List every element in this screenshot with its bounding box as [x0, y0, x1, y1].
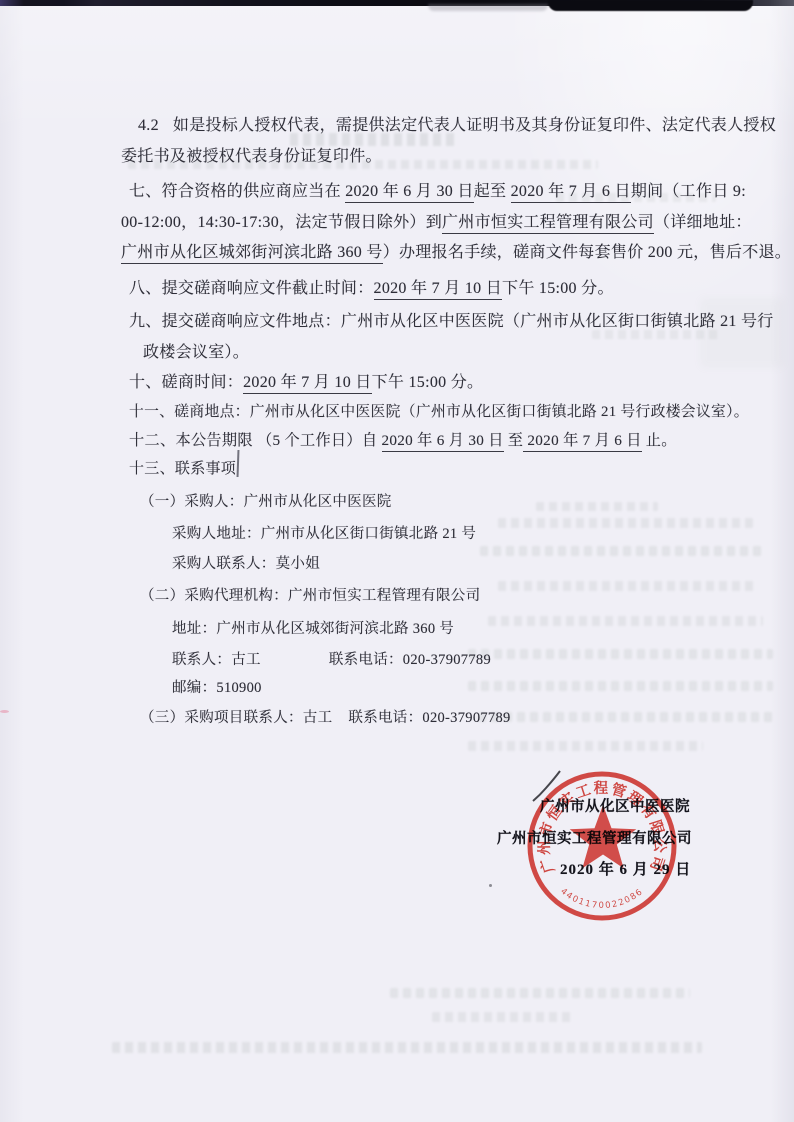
text-segment: ）办理报名手续，磋商文件每套售价 200 元，售后不退。 [383, 244, 791, 261]
document-line-19: 邮编：510900 [172, 676, 262, 697]
text-segment: 十三、联系事项 [129, 461, 236, 477]
text-segment: 期间（工作日 9: [631, 183, 746, 200]
underlined-text: 2020 年 7 月 6 日 [523, 432, 641, 452]
bleedthrough-text-ghost [112, 1042, 702, 1053]
document-line-16: （二）采购代理机构：广州市恒实工程管理有限公司 [140, 584, 480, 605]
signature-date: 2020 年 6 月 29 日 [560, 858, 691, 879]
text-segment: （二）采购代理机构：广州市恒实工程管理有限公司 [140, 588, 480, 604]
text-segment: 采购人联系人：莫小姐 [172, 556, 320, 572]
text-segment: 下午 15:00 分。 [372, 374, 484, 391]
text-segment: （一）采购人：广州市从化区中医医院 [140, 494, 392, 510]
underlined-text: 2020 年 6 月 30 日 [382, 432, 504, 452]
text-segment: 4.2 [138, 117, 159, 134]
bleedthrough-text-ghost [478, 712, 773, 722]
text-segment: 政楼会议室）。 [143, 344, 249, 361]
document-line-14: 采购人地址：广州市从化区街口街镇北路 21 号 [172, 522, 476, 543]
bleedthrough-text-ghost [432, 1012, 572, 1022]
document-line-7: 九、提交磋商响应文件地点：广州市从化区中医医院（广州市从化区街口街镇北路 21 … [129, 308, 774, 331]
text-segment: 十二、本公告期限 （5 个工作日）自 [129, 432, 382, 449]
text-segment: 联系人：古工 [172, 652, 261, 668]
document-line-20: （三）采购项目联系人：古工联系电话：020-37907789 [140, 706, 511, 727]
document-line-6: 八、提交磋商响应文件截止时间：2020 年 7 月 10 日下午 15:00 分… [129, 275, 614, 298]
document-line-13: （一）采购人：广州市从化区中医医院 [140, 490, 392, 511]
text-segment: 七、符合资格的供应商应当在 [129, 183, 345, 200]
pink-speck [0, 710, 9, 713]
text-segment: （三）采购项目联系人：古工 [140, 710, 332, 726]
text-segment: 止。 [642, 432, 677, 449]
bleedthrough-text-ghost [468, 649, 773, 659]
document-line-1: 4.2如是投标人授权代表，需提供法定代表人证明书及其身份证复印件、法定代表人授权 [138, 112, 776, 135]
text-segment: 下午 15:00 分。 [502, 280, 614, 297]
document-line-12: 十三、联系事项 [129, 457, 236, 478]
bleedthrough-text-ghost [390, 988, 690, 998]
document-line-5: 广州市从化区城郊街河滨北路 360 号）办理报名手续，磋商文件每套售价 200 … [121, 239, 791, 262]
text-segment: 如是投标人授权代表，需提供法定代表人证明书及其身份证复印件、法定代表人授权 [173, 117, 776, 134]
document-line-18: 联系人：古工联系电话：020-37907789 [172, 648, 491, 669]
text-segment: 委托书及被授权代表身份证复印件。 [121, 148, 382, 165]
text-segment: 采购人地址：广州市从化区街口街镇北路 21 号 [172, 526, 476, 542]
text-segment: 八、提交磋商响应文件截止时间： [129, 280, 374, 297]
document-line-2: 委托书及被授权代表身份证复印件。 [121, 143, 382, 166]
text-segment: 十、磋商时间： [129, 374, 243, 391]
text-segment: 至 [504, 432, 524, 449]
bleedthrough-text-ghost [536, 502, 658, 511]
scan-edge-smudge [428, 4, 548, 11]
signature-purchaser: 广州市从化区中医医院 [540, 795, 690, 816]
underlined-text: 广州市从化区城郊街河滨北路 360 号 [121, 244, 383, 264]
bleedthrough-text-ghost [480, 546, 765, 556]
underlined-text: 2020 年 7 月 6 日 [511, 183, 631, 203]
document-line-10: 十一、磋商地点：广州市从化区中医医院（广州市从化区街口街镇北路 21 号行政楼会… [129, 400, 749, 421]
text-segment: 地址：广州市从化区城郊街河滨北路 360 号 [172, 621, 454, 637]
scanned-document-page: { "document": { "lines": [ {"segments":[… [0, 0, 794, 1122]
document-line-4: 00-12:00，14:30-17:30，法定节假日除外）到广州市恒实工程管理有… [121, 209, 752, 232]
seal-code-text: 4401170022086 [558, 887, 645, 911]
bleedthrough-text-ghost [498, 518, 753, 528]
underlined-text: 广州市恒实工程管理有限公司 [442, 214, 654, 234]
text-segment: 00-12:00，14:30-17:30，法定节假日除外）到 [121, 214, 442, 231]
text-segment: 九、提交磋商响应文件地点：广州市从化区中医医院（广州市从化区街口街镇北路 21 … [129, 313, 774, 330]
bleedthrough-text-ghost [488, 616, 763, 626]
bleedthrough-text-ghost [498, 581, 758, 591]
document-line-15: 采购人联系人：莫小姐 [172, 552, 320, 573]
underlined-text: 2020 年 7 月 10 日 [243, 374, 372, 394]
underlined-text: 2020 年 6 月 30 日 [345, 183, 474, 203]
signature-agency: 广州市恒实工程管理有限公司 [497, 827, 692, 848]
document-line-9: 十、磋商时间：2020 年 7 月 10 日下午 15:00 分。 [129, 369, 483, 392]
document-line-3: 七、符合资格的供应商应当在 2020 年 6 月 30 日起至 2020 年 7… [129, 178, 746, 201]
text-segment: 联系电话：020-37907789 [329, 652, 491, 668]
text-segment: 邮编：510900 [172, 680, 262, 696]
text-segment: 起至 [474, 183, 511, 200]
ink-speck [489, 884, 492, 887]
text-segment: 联系电话：020-37907789 [348, 710, 510, 726]
text-segment: 十一、磋商地点：广州市从化区中医医院（广州市从化区街口街镇北路 21 号行政楼会… [129, 404, 749, 420]
bleedthrough-text-ghost [468, 681, 773, 691]
document-line-8: 政楼会议室）。 [143, 339, 249, 362]
document-line-17: 地址：广州市从化区城郊街河滨北路 360 号 [172, 617, 454, 638]
document-line-11: 十二、本公告期限 （5 个工作日）自 2020 年 6 月 30 日 至 202… [129, 429, 677, 450]
scan-edge-blob [548, 0, 753, 11]
underlined-text: 2020 年 7 月 10 日 [374, 280, 503, 300]
text-segment: （详细地址： [654, 214, 752, 231]
